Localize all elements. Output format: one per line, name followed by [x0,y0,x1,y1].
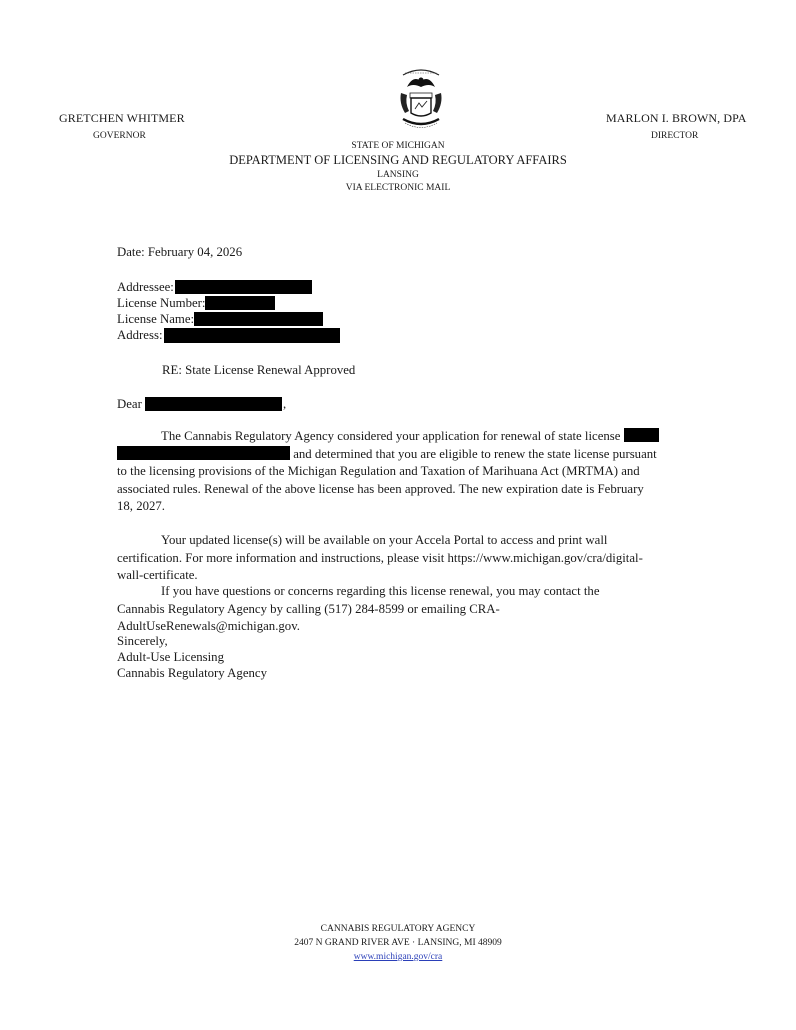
director-title: DIRECTOR [651,131,698,141]
paragraph-contact: If you have questions or concerns regard… [117,583,647,636]
paragraph-renewal-approved: The Cannabis Regulatory Agency considere… [117,428,662,516]
governor-title: GOVERNOR [93,131,146,141]
addressee-redaction [175,280,312,294]
governor-name: GRETCHEN WHITMER [59,111,185,126]
paragraph-2-text: Your updated license(s) will be availabl… [117,533,643,582]
paragraph-1-start: The Cannabis Regulatory Agency considere… [161,429,620,443]
license-id-redaction-2 [117,446,290,460]
recipient-redaction [145,397,282,411]
license-name-label: License Name: [117,311,194,327]
footer-agency: CANNABIS REGULATORY AGENCY [0,922,796,936]
salutation: Dear [117,396,142,412]
address-label: Address: [117,327,163,343]
letter-date: Date: February 04, 2026 [117,244,242,260]
director-name: MARLON I. BROWN, DPA [606,111,747,126]
footer-address: 2407 N GRAND RIVER AVE · LANSING, MI 489… [0,936,796,950]
footer-website-link[interactable]: www.michigan.gov/cra [354,952,443,962]
paragraph-3-text: If you have questions or concerns regard… [117,584,600,633]
city-label: LANSING [0,170,796,180]
subject-line: RE: State License Renewal Approved [162,362,355,378]
paragraph-accela-portal: Your updated license(s) will be availabl… [117,532,662,585]
license-number-redaction [205,296,275,310]
closing-sincerely: Sincerely, [117,633,168,649]
delivery-method: VIA ELECTRONIC MAIL [0,183,796,193]
license-id-redaction-1 [624,428,659,442]
closing-department: Adult-Use Licensing [117,649,224,665]
department-name: DEPARTMENT OF LICENSING AND REGULATORY A… [0,153,796,168]
address-redaction [164,328,340,343]
license-name-redaction [194,312,323,326]
state-seal-icon [393,63,449,133]
salutation-comma: , [283,396,286,412]
closing-agency: Cannabis Regulatory Agency [117,665,267,681]
state-label: STATE OF MICHIGAN [0,141,796,151]
license-number-label: License Number: [117,295,205,311]
addressee-label: Addressee: [117,279,174,295]
footer-link-wrapper: www.michigan.gov/cra [0,950,796,964]
